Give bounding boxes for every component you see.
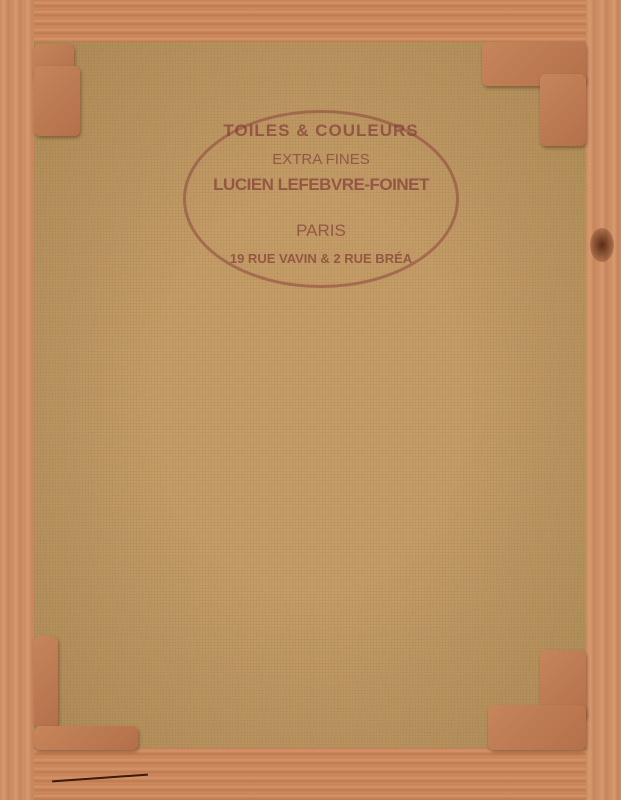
stretcher-bar-right — [586, 0, 621, 800]
corner-key-bottom-left-a — [34, 636, 58, 728]
stretcher-bar-left — [0, 0, 34, 800]
maker-stamp: TOILES & COULEURS EXTRA FINES LUCIEN LEF… — [183, 110, 459, 288]
stamp-bottom-arc: 19 RUE VAVIN & 2 RUE BRÉA — [186, 251, 456, 266]
stamp-line-3: PARIS — [186, 221, 456, 241]
corner-key-top-left-b — [34, 66, 80, 136]
corner-key-bottom-left-b — [34, 726, 138, 750]
stretcher-bar-top — [30, 0, 590, 42]
corner-key-bottom-right-b — [488, 705, 586, 750]
stamp-line-1: EXTRA FINES — [186, 151, 456, 168]
stamp-line-2: LUCIEN LEFEBVRE-FOINET — [186, 175, 456, 195]
stamp-top-arc: TOILES & COULEURS — [186, 121, 456, 141]
stretcher-bar-bottom — [30, 748, 590, 800]
corner-key-top-right-b — [540, 74, 586, 146]
wood-knot — [590, 228, 614, 262]
